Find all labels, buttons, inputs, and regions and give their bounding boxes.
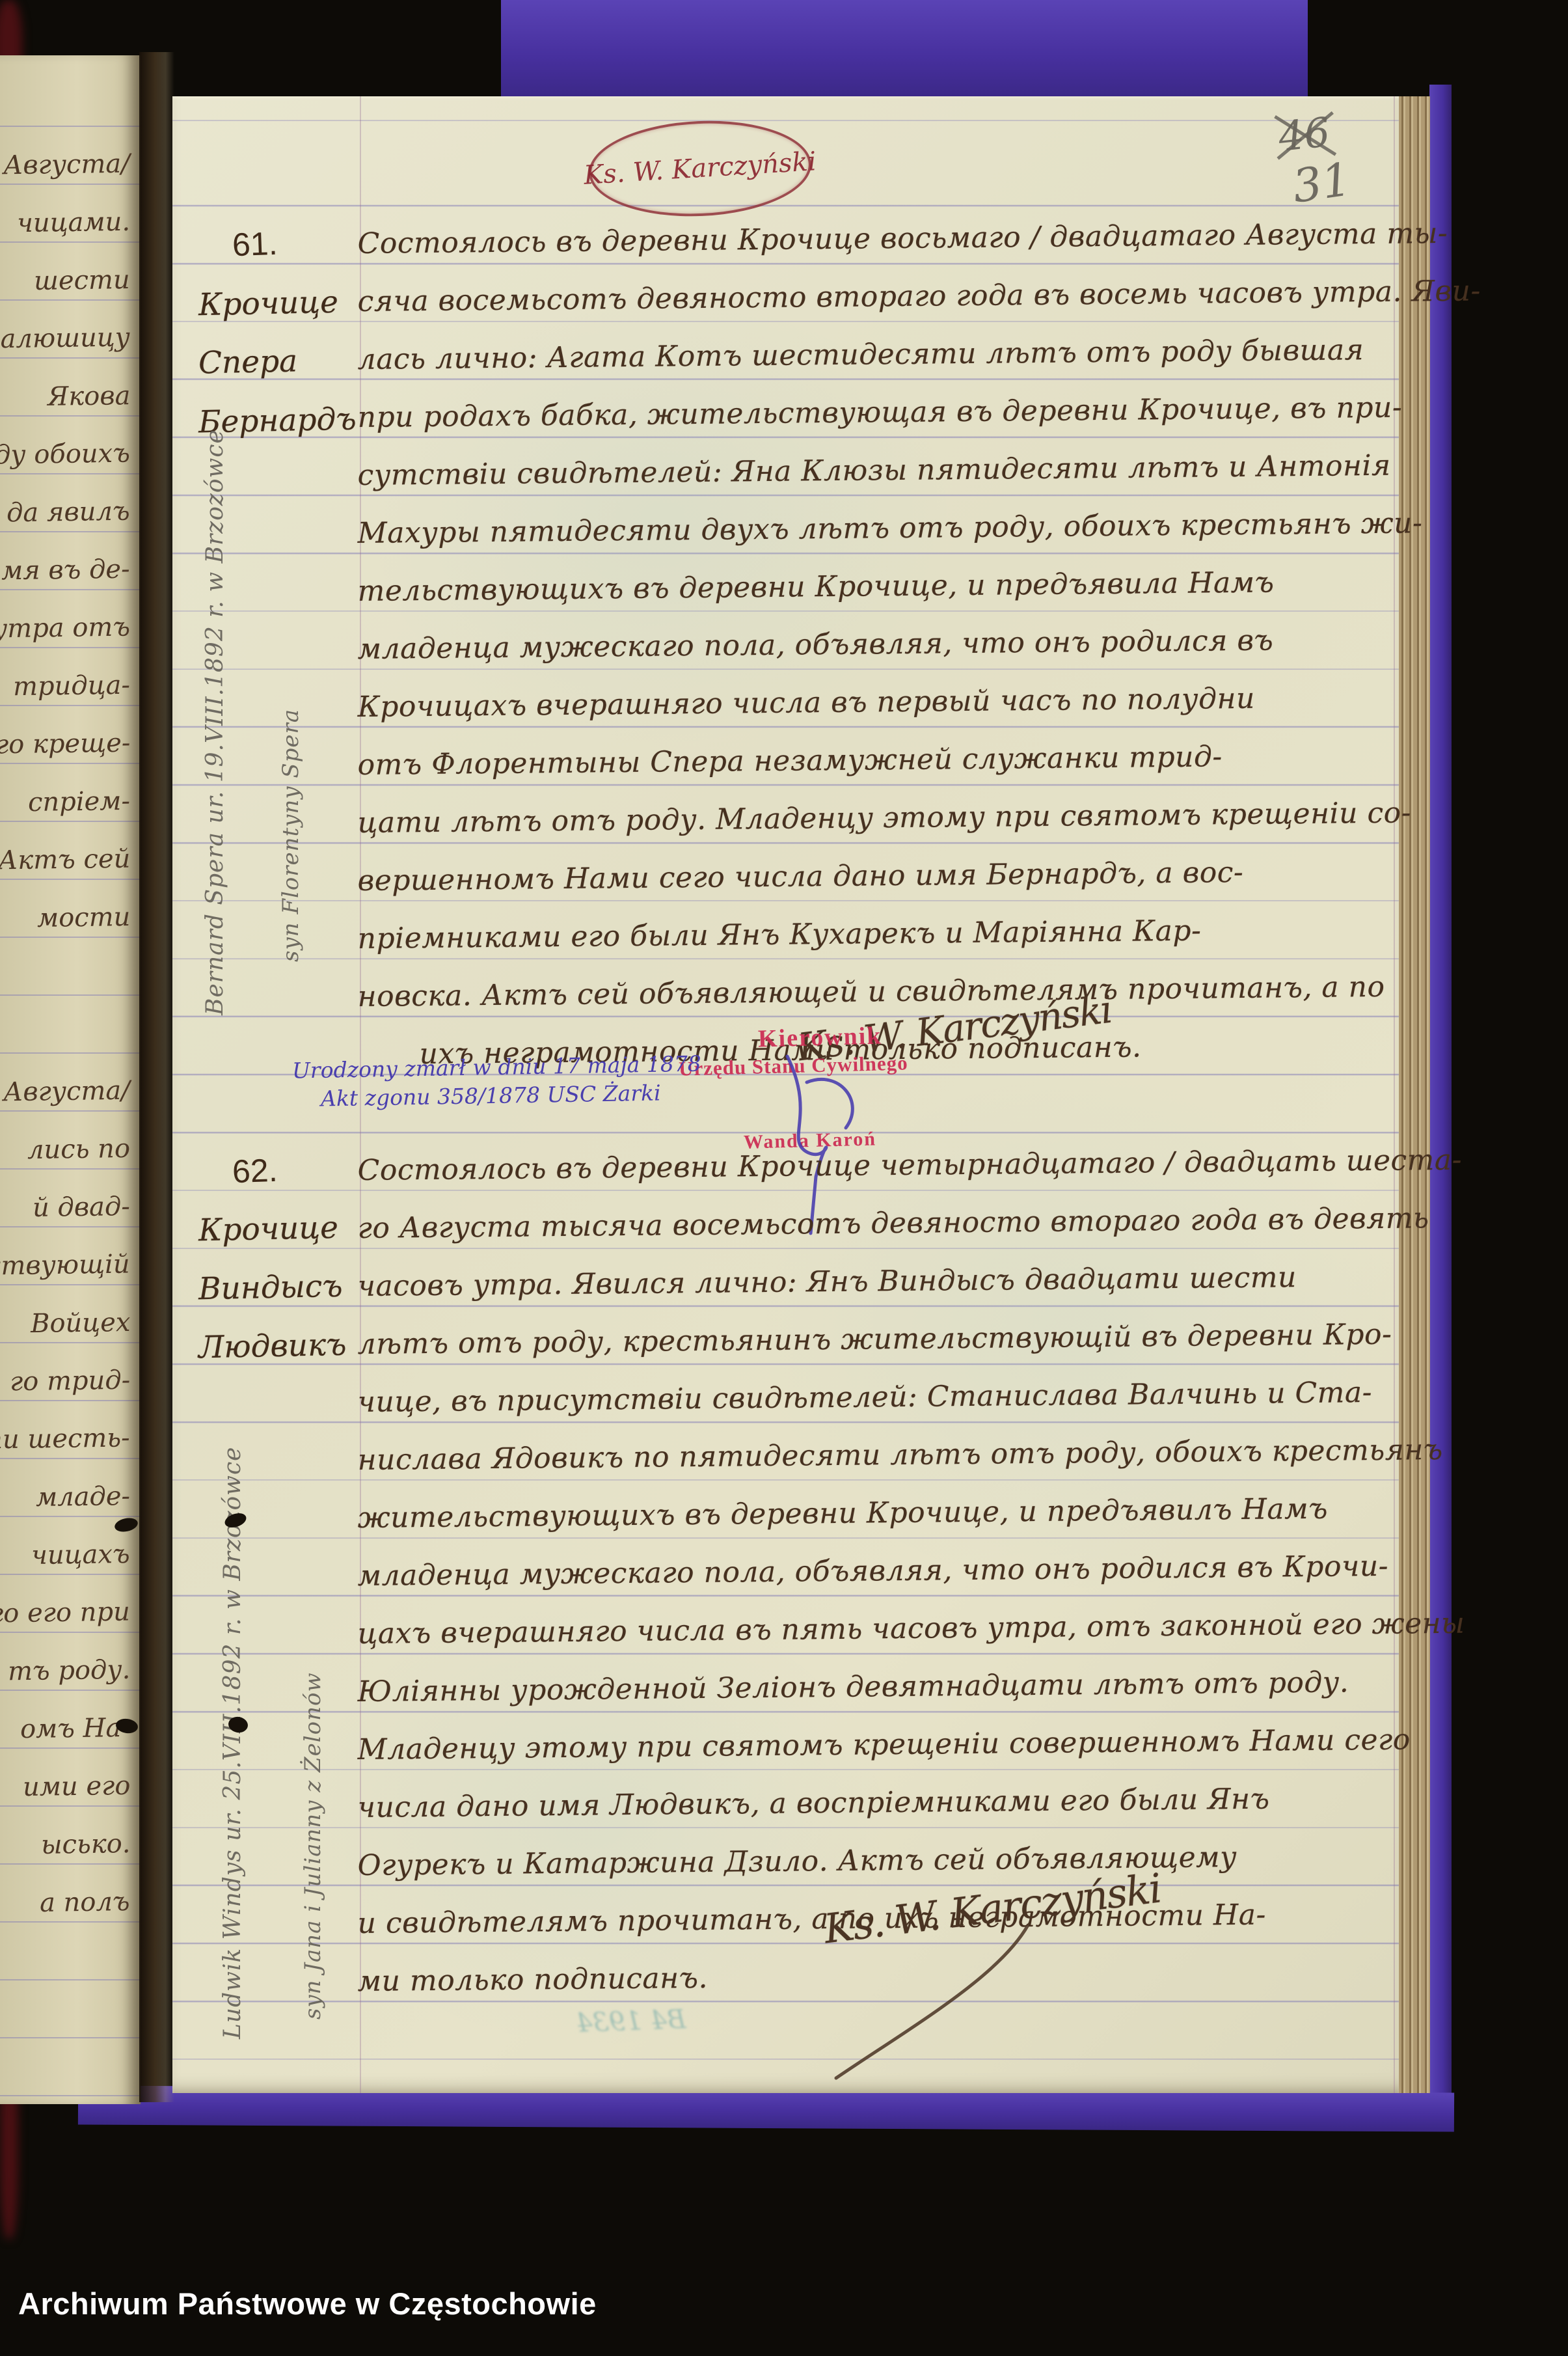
act-62-pencil-note: syn Jana i Julianny z Żelonów [300,1672,326,2020]
book-cover-top-edge [501,0,1308,103]
act-line: ми только подписанъ. [357,1956,708,2005]
fragment-line: мя въ де- [1,548,130,593]
act-line: го Августа тысяча восемьсотъ девяносто в… [357,1196,1429,1252]
fragment-line: ысько. [40,1822,130,1867]
act-62-pencil-note: Ludwik Windys ur. 25.VIII.1892 r. w Brzo… [219,1447,246,2039]
act-line: нислава Ядовикъ по пятидесяти лѣтъ отъ р… [357,1427,1443,1483]
archival-scan: Августа/чицами.шестиСалюшицуЯковаду обои… [0,0,1568,2356]
act-line: цахъ вчерашняго числа въ пять часовъ утр… [357,1601,1465,1657]
register-page: Ks. W. Karczyński 46 31 61. КрочицеСпера… [172,96,1399,2093]
act-line: часовъ утра. Явился лично: Янъ Виндысъ д… [357,1255,1297,1309]
fragment-line: Актъ сей [0,838,130,883]
act-line: чице, въ присутствіи свидѣтелей: Станисл… [357,1370,1372,1425]
fragment-line: Августа/ [3,1069,131,1114]
showthrough-text: B4 1934 [575,2005,686,2038]
act-line: числа дано имя Людвикъ, а воспріемниками… [357,1777,1269,1831]
act-line: Состоялось въ деревни Крочице четырнадца… [357,1138,1462,1194]
fragment-line: омъ На- [20,1706,131,1751]
act-62-body: Состоялось въ деревни Крочице четырнадца… [172,96,1399,2093]
page-stack-edges [1398,96,1430,2093]
fragment-line: го креще- [0,722,130,767]
fragment-line: да явилъ [7,490,130,535]
signature-flourish [830,1919,1044,2088]
fragment-line: чицами. [17,200,131,245]
fragment-line: мости [36,896,130,940]
fragment-line: ствующій [0,1242,130,1287]
act-line: Юліянны урожденной Зеліонъ девятнадцати … [357,1660,1349,1715]
previous-page-fragments: Августа/чицами.шестиСалюшицуЯковаду обои… [0,55,141,2104]
fragment-line: тридца- [13,664,131,709]
fragment-line: утра отъ [0,606,130,651]
fragment-line: тъ роду. [7,1649,130,1693]
fragment-line: Августа/ [3,143,131,187]
fragment-line: й двад- [33,1185,131,1229]
book-gutter-shadow [139,52,174,2102]
act-line: младенца мужескаго пола, объявляя, что о… [357,1544,1388,1599]
fragment-line: спріем- [28,780,131,824]
book-cover-right-edge [1429,85,1452,2125]
fragment-line: го трид- [9,1359,130,1404]
fragment-line: Войцех [30,1301,130,1345]
act-line: лѣтъ отъ роду, крестьянинъ жительствующі… [357,1312,1392,1367]
fragment-line: го его при [0,1591,130,1636]
fragment-line: Якова [47,374,130,418]
fragment-line: ими его [22,1764,130,1809]
fragment-line: младе- [36,1475,131,1519]
previous-page-edge: Августа/чицами.шестиСалюшицуЯковаду обои… [0,55,141,2104]
act-line: Младенцу этому при святомъ крещеніи сове… [357,1717,1411,1773]
fragment-line: а полъ [40,1880,130,1925]
fragment-line: лись по [27,1127,131,1171]
act-line: жительствующихъ въ деревни Крочице, и пр… [357,1486,1328,1541]
fragment-line: ти шесть- [0,1416,130,1461]
archive-caption: Archiwum Państwowe w Częstochowie [18,2286,597,2322]
fragment-line: шести [34,258,131,303]
fragment-line: чицахъ [31,1533,131,1577]
fragment-line: Салюшицу [0,316,130,361]
fragment-line: ду обоихъ [0,432,130,477]
